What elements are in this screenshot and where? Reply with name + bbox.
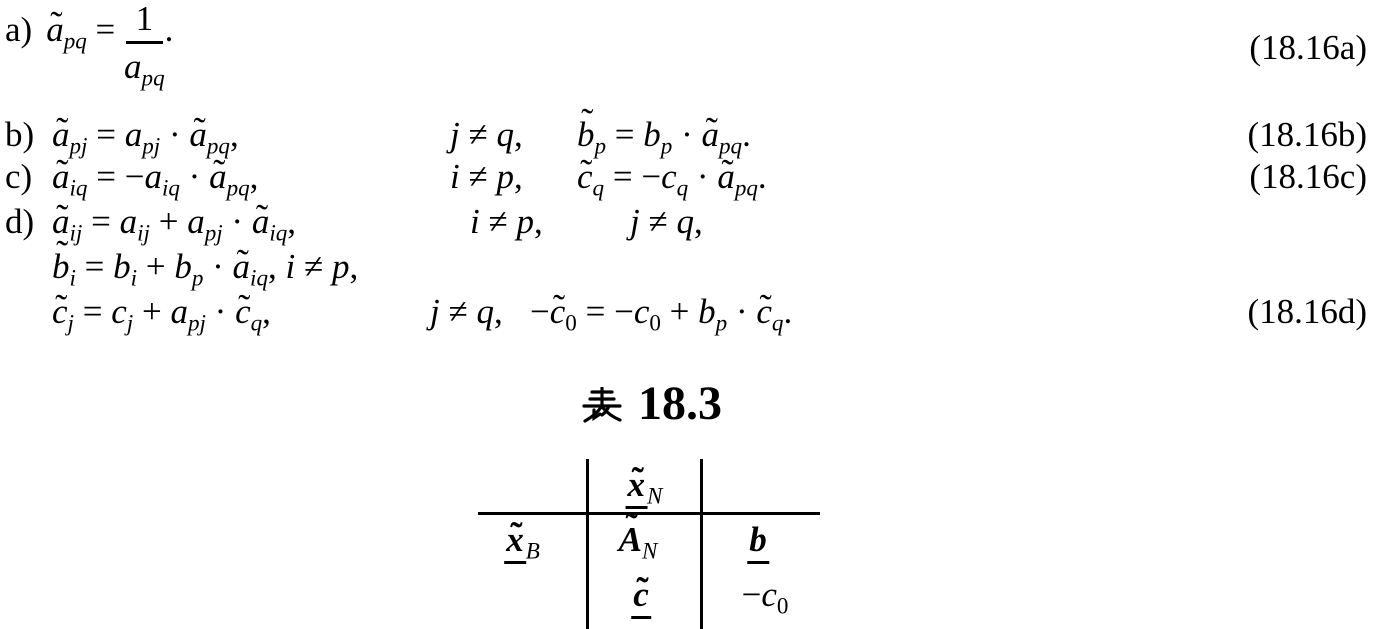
fraction-denominator: apq [124,44,165,89]
table-cell-xB: x˜B [504,522,540,564]
table-cell-c: c˜ [631,577,651,619]
table-cell-xN: x˜N [626,467,663,509]
table-title: 18.3 [580,380,722,428]
table-hline [478,512,820,515]
equation-d3-condition: j ≠ q, [430,294,503,329]
equation-line-d3: c˜j = cj + apj · c˜q, j ≠ q, −c˜0 = −c0 … [0,294,1378,346]
table-cell-negc0: −c0 [742,577,789,617]
equation-label-a: a) [5,10,32,49]
equation-line-a: a)a˜pq = 1apq. [5,1,173,89]
fraction: 1apq [124,1,165,89]
equation-d3-main: c˜j = cj + apj · c˜q, [52,294,271,334]
document-page: a)a˜pq = 1apq. (18.16a) b) a˜pj = apj · … [0,0,1378,629]
equation-c-second: c˜q = −cq · a˜pq. [577,159,767,199]
cjk-biao-glyph [580,387,624,423]
equation-label-c: c) [5,159,32,194]
equation-label-d: d) [5,204,34,239]
table-vline-right [700,459,703,629]
table-cell-b: b [747,522,769,564]
equation-c-condition: i ≠ p, [450,159,523,194]
table-cell-AN: A˜N [619,522,658,562]
fraction-numerator: 1 [126,1,164,44]
equation-number-18-16a: (18.16a) [1249,30,1367,65]
equation-c-main: a˜iq = −aiq · a˜pq, [52,159,258,199]
equation-d1-main: a˜ij = aij + apj · a˜iq, [52,204,296,244]
equation-number-18-16b: (18.16b) [1247,117,1367,152]
table-title-number: 18.3 [638,380,722,428]
equation-d3-second: −c˜0 = −c0 + bp · c˜q. [530,294,792,334]
equation-number-18-16c: (18.16c) [1249,159,1367,194]
equation-d1-condition1: i ≠ p, [470,204,543,239]
equation-number-18-16d: (18.16d) [1247,294,1367,329]
equation-b-main: a˜pj = apj · a˜pq, [52,117,239,157]
table-vline-left [586,459,589,629]
equation-a-period: . [165,10,174,49]
equation-a-lhs: a˜pq = [46,10,124,49]
equation-label-b: b) [5,117,34,152]
equation-b-condition: j ≠ q, [450,117,523,152]
equation-d1-condition2: j ≠ q, [630,204,703,239]
equation-d2-main: b˜i = bi + bp · a˜iq, i ≠ p, [52,249,358,289]
